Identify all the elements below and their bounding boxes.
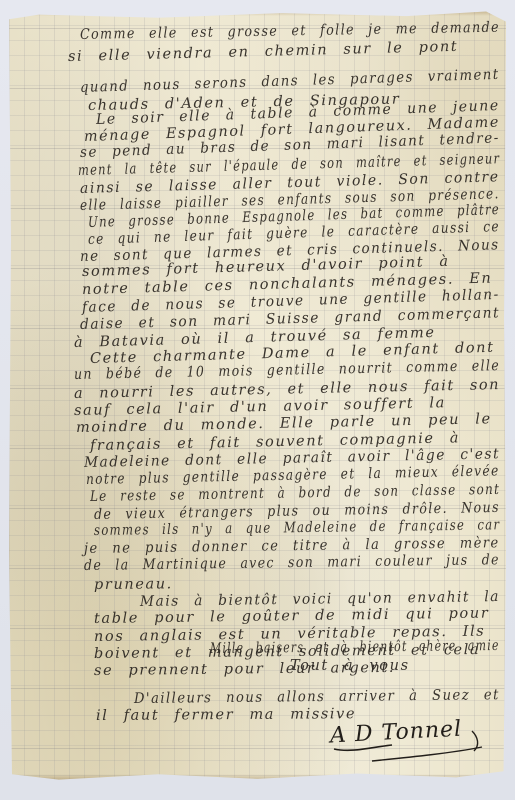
letter-body: Comme elle est grosse et folle je me dem… [0,0,515,800]
handwritten-line: D'ailleurs nous allons arriver à Suez et [134,687,500,707]
handwritten-line: quand nous serons dans les parages vraim… [80,67,500,96]
handwritten-line: Tout à vous [290,658,410,674]
handwritten-line: Mille baisers et à bientôt chère amie [210,638,500,657]
handwritten-line: pruneau. [94,576,173,593]
handwritten-line: si elle viendra en chemin sur le pont [68,39,459,65]
signature-flourish [332,727,492,767]
handwritten-line: il faut fermer ma missive [96,706,356,724]
